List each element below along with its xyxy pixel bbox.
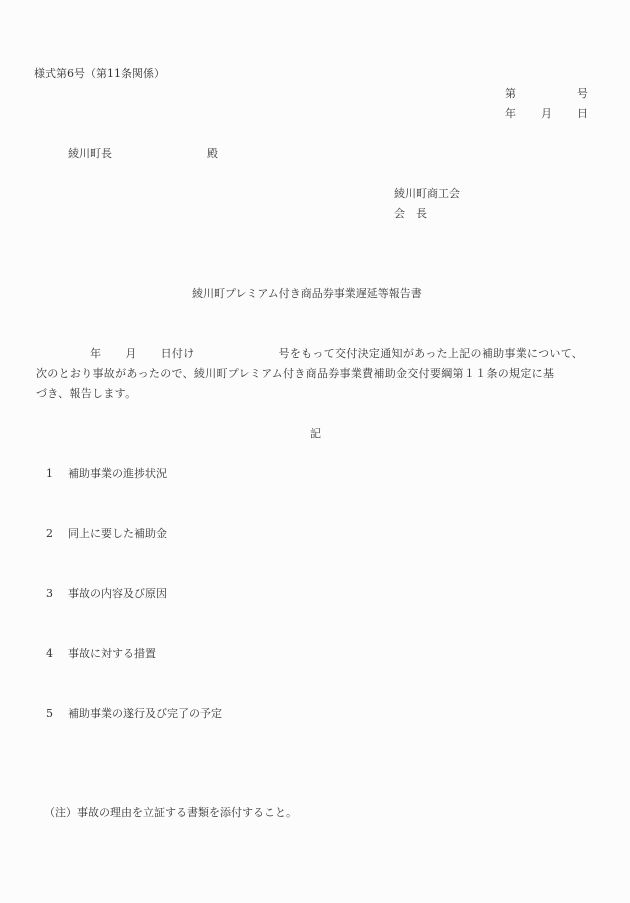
item-number-5: 5: [46, 707, 53, 721]
item-number-3: 3: [46, 587, 53, 601]
item-label-5: 補助事業の遂行及び完了の予定: [68, 707, 222, 721]
document-title: 綾川町プレミアム付き商品券事業遅延等報告書: [192, 287, 422, 301]
item-label-4: 事故に対する措置: [68, 647, 156, 661]
date-day: 日: [577, 107, 588, 121]
item-label-2: 同上に要した補助金: [68, 527, 167, 541]
body-line-1: 年月日付け号をもって交付決定通知があった上記の補助事業について、: [36, 344, 606, 364]
sender-title: 会 長: [394, 207, 427, 221]
body-month: 月: [125, 347, 136, 360]
form-number: 様式第6号（第11条関係）: [34, 67, 165, 81]
item-label-1: 補助事業の進捗状況: [68, 467, 167, 481]
body-line1-rest: 号をもって交付決定通知があった上記の補助事業について、: [279, 347, 584, 360]
body-line-3: づき、報告します。: [36, 384, 606, 404]
item-label-3: 事故の内容及び原因: [68, 587, 167, 601]
item-number-4: 4: [46, 647, 53, 661]
note: （注）事故の理由を立証する書類を添付すること。: [44, 806, 297, 820]
addressee-honorific: 殿: [207, 147, 218, 161]
body-line-2: 次のとおり事故があったので、綾川町プレミアム付き商品券事業費補助金交付要綱第１１…: [36, 364, 606, 384]
item-number-1: 1: [46, 467, 53, 481]
addressee-name: 綾川町長: [68, 147, 112, 161]
body-paragraph: 年月日付け号をもって交付決定通知があった上記の補助事業について、 次のとおり事故…: [36, 344, 606, 404]
body-day: 日付け: [161, 347, 195, 360]
sender-organization: 綾川町商工会: [394, 187, 460, 201]
ki-marker: 記: [310, 427, 321, 441]
body-year: 年: [90, 347, 101, 360]
date-year: 年: [505, 107, 516, 121]
doc-number-go: 号: [577, 87, 588, 101]
date-month: 月: [541, 107, 552, 121]
item-number-2: 2: [46, 527, 53, 541]
doc-number-dai: 第: [505, 87, 516, 101]
